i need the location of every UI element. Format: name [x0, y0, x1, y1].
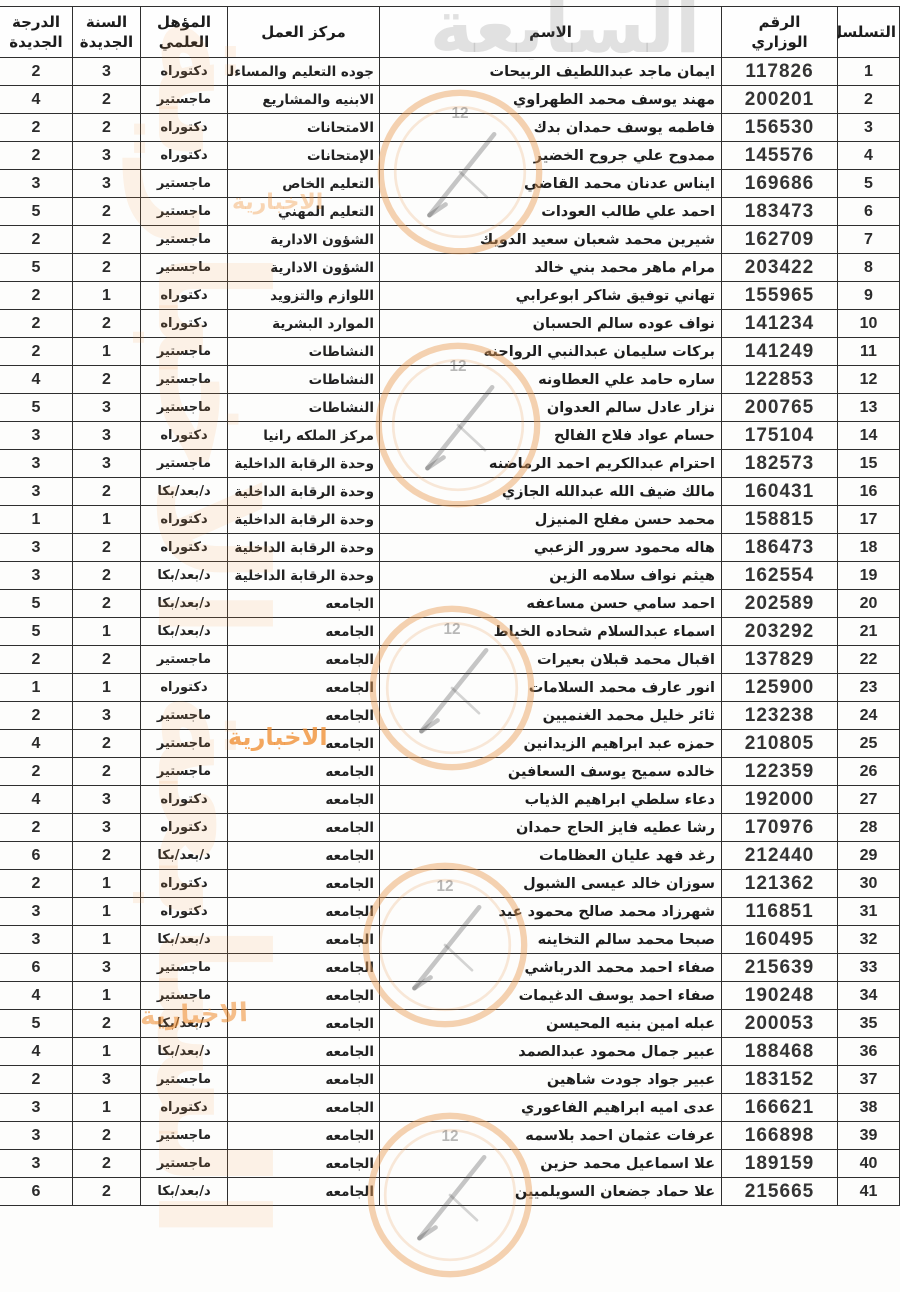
cell-serial: 33 — [838, 954, 900, 982]
table-row: 39166898عرفات عثمان احمد بلاسمهالجامعهما… — [0, 1122, 900, 1150]
cell-new-year: 3 — [73, 58, 141, 86]
cell-qualification: ماجستير — [141, 394, 228, 422]
cell-name: حسام عواد فلاح الفالح — [380, 422, 722, 450]
cell-name: صفاء احمد يوسف الدغيمات — [380, 982, 722, 1010]
cell-ministry-number: 203422 — [722, 254, 838, 282]
cell-new-year: 2 — [73, 1010, 141, 1038]
cell-work-center: الجامعه — [228, 618, 380, 646]
cell-work-center: الجامعه — [228, 870, 380, 898]
cell-new-year: 1 — [73, 1038, 141, 1066]
cell-ministry-number: 170976 — [722, 814, 838, 842]
cell-name: ساره حامد علي العطاونه — [380, 366, 722, 394]
cell-ministry-number: 123238 — [722, 702, 838, 730]
cell-ministry-number: 203292 — [722, 618, 838, 646]
cell-ministry-number: 175104 — [722, 422, 838, 450]
cell-name: احمد سامي حسن مساعفه — [380, 590, 722, 618]
cell-serial: 11 — [838, 338, 900, 366]
cell-new-grade: 3 — [0, 1122, 73, 1150]
cell-qualification: ماجستير — [141, 758, 228, 786]
cell-name: ممدوح علي جروح الخضير — [380, 142, 722, 170]
header-work-center: مركز العمل — [228, 7, 380, 58]
cell-qualification: دكتوراه — [141, 1094, 228, 1122]
cell-ministry-number: 122359 — [722, 758, 838, 786]
cell-qualification: ماجستير — [141, 170, 228, 198]
cell-name: علا اسماعيل محمد حزين — [380, 1150, 722, 1178]
cell-new-year: 2 — [73, 562, 141, 590]
cell-serial: 39 — [838, 1122, 900, 1150]
table-row: 25210805حمزه عبد ابراهيم الزيدانينالجامع… — [0, 730, 900, 758]
cell-ministry-number: 200765 — [722, 394, 838, 422]
cell-serial: 36 — [838, 1038, 900, 1066]
cell-serial: 18 — [838, 534, 900, 562]
cell-qualification: دكتوراه — [141, 534, 228, 562]
cell-work-center: جوده التعليم والمساءله — [228, 58, 380, 86]
table-body: 1117826ايمان ماجد عبداللطيف الربيحاتجوده… — [0, 58, 900, 1206]
cell-qualification: ماجستير — [141, 366, 228, 394]
cell-work-center: وحدة الرقابة الداخلية — [228, 506, 380, 534]
cell-serial: 2 — [838, 86, 900, 114]
cell-new-grade: 2 — [0, 58, 73, 86]
cell-new-year: 1 — [73, 338, 141, 366]
cell-qualification: د/بعد/بكا — [141, 1178, 228, 1206]
cell-serial: 25 — [838, 730, 900, 758]
cell-new-year: 2 — [73, 1122, 141, 1150]
cell-serial: 27 — [838, 786, 900, 814]
table-row: 1117826ايمان ماجد عبداللطيف الربيحاتجوده… — [0, 58, 900, 86]
cell-new-grade: 3 — [0, 478, 73, 506]
cell-ministry-number: 186473 — [722, 534, 838, 562]
cell-work-center: الجامعه — [228, 842, 380, 870]
table-row: 12122853ساره حامد علي العطاونهالنشاطاتما… — [0, 366, 900, 394]
cell-name: سوزان خالد عيسى الشبول — [380, 870, 722, 898]
cell-new-grade: 2 — [0, 814, 73, 842]
cell-work-center: وحدة الرقابة الداخلية — [228, 450, 380, 478]
cell-name: علا حماد جضعان السويلميين — [380, 1178, 722, 1206]
table-row: 31116851شهرزاد محمد صالح محمود عيدالجامع… — [0, 898, 900, 926]
cell-work-center: الجامعه — [228, 702, 380, 730]
cell-ministry-number: 155965 — [722, 282, 838, 310]
cell-qualification: د/بعد/بكا — [141, 1038, 228, 1066]
cell-qualification: دكتوراه — [141, 506, 228, 534]
cell-ministry-number: 183152 — [722, 1066, 838, 1094]
cell-new-grade: 4 — [0, 366, 73, 394]
cell-new-grade: 2 — [0, 1066, 73, 1094]
cell-new-year: 2 — [73, 758, 141, 786]
table-row: 18186473هاله محمود سرور الزعبيوحدة الرقا… — [0, 534, 900, 562]
table-row: 10141234نواف عوده سالم الحسبانالموارد ال… — [0, 310, 900, 338]
cell-new-grade: 3 — [0, 562, 73, 590]
cell-name: اسماء عبدالسلام شحاده الخياط — [380, 618, 722, 646]
table-row: 41215665علا حماد جضعان السويلميينالجامعه… — [0, 1178, 900, 1206]
cell-qualification: ماجستير — [141, 1150, 228, 1178]
table-header: التسلسل الرقم الوزاري الاسم مركز العمل ا… — [0, 7, 900, 58]
cell-ministry-number: 141249 — [722, 338, 838, 366]
cell-qualification: ماجستير — [141, 982, 228, 1010]
cell-ministry-number: 210805 — [722, 730, 838, 758]
header-ministry-number: الرقم الوزاري — [722, 7, 838, 58]
cell-work-center: الجامعه — [228, 898, 380, 926]
cell-work-center: الشؤون الادارية — [228, 226, 380, 254]
cell-qualification: ماجستير — [141, 198, 228, 226]
cell-work-center: الموارد البشرية — [228, 310, 380, 338]
cell-new-year: 3 — [73, 702, 141, 730]
cell-qualification: ماجستير — [141, 450, 228, 478]
cell-new-grade: 5 — [0, 394, 73, 422]
cell-qualification: د/بعد/بكا — [141, 926, 228, 954]
cell-serial: 9 — [838, 282, 900, 310]
cell-name: هاله محمود سرور الزعبي — [380, 534, 722, 562]
cell-qualification: ماجستير — [141, 254, 228, 282]
cell-new-grade: 6 — [0, 954, 73, 982]
cell-work-center: الجامعه — [228, 758, 380, 786]
cell-new-year: 3 — [73, 786, 141, 814]
cell-name: صبحا محمد سالم التخاينه — [380, 926, 722, 954]
cell-new-year: 2 — [73, 730, 141, 758]
cell-qualification: دكتوراه — [141, 282, 228, 310]
cell-ministry-number: 169686 — [722, 170, 838, 198]
cell-serial: 20 — [838, 590, 900, 618]
cell-qualification: ماجستير — [141, 730, 228, 758]
cell-name: حمزه عبد ابراهيم الزيدانين — [380, 730, 722, 758]
table-row: 40189159علا اسماعيل محمد حزينالجامعهماجس… — [0, 1150, 900, 1178]
cell-ministry-number: 125900 — [722, 674, 838, 702]
cell-ministry-number: 158815 — [722, 506, 838, 534]
cell-work-center: الجامعه — [228, 590, 380, 618]
cell-name: عبير جواد جودت شاهين — [380, 1066, 722, 1094]
cell-qualification: د/بعد/بكا — [141, 478, 228, 506]
table-row: 13200765نزار عادل سالم العدوانالنشاطاتما… — [0, 394, 900, 422]
cell-name: شهرزاد محمد صالح محمود عيد — [380, 898, 722, 926]
cell-qualification: ماجستير — [141, 226, 228, 254]
cell-serial: 29 — [838, 842, 900, 870]
cell-serial: 22 — [838, 646, 900, 674]
cell-qualification: ماجستير — [141, 702, 228, 730]
table-row: 4145576ممدوح علي جروح الخضيرالإمتحاناتدك… — [0, 142, 900, 170]
cell-serial: 31 — [838, 898, 900, 926]
cell-work-center: الجامعه — [228, 646, 380, 674]
cell-new-year: 2 — [73, 842, 141, 870]
cell-serial: 23 — [838, 674, 900, 702]
cell-new-year: 2 — [73, 1178, 141, 1206]
cell-serial: 5 — [838, 170, 900, 198]
cell-new-grade: 5 — [0, 1010, 73, 1038]
cell-name: ايناس عدنان محمد القاضي — [380, 170, 722, 198]
cell-ministry-number: 122853 — [722, 366, 838, 394]
cell-name: اقبال محمد قبلان بعيرات — [380, 646, 722, 674]
cell-new-year: 1 — [73, 898, 141, 926]
cell-ministry-number: 200053 — [722, 1010, 838, 1038]
table-row: 30121362سوزان خالد عيسى الشبولالجامعهدكت… — [0, 870, 900, 898]
cell-work-center: الجامعه — [228, 1038, 380, 1066]
cell-qualification: ماجستير — [141, 86, 228, 114]
cell-ministry-number: 145576 — [722, 142, 838, 170]
cell-ministry-number: 117826 — [722, 58, 838, 86]
cell-serial: 1 — [838, 58, 900, 86]
cell-name: عبله امين بنيه المحيسن — [380, 1010, 722, 1038]
table-row: 3156530فاطمه يوسف حمدان بدكالامتحاناتدكت… — [0, 114, 900, 142]
cell-work-center: الجامعه — [228, 1150, 380, 1178]
cell-serial: 15 — [838, 450, 900, 478]
cell-new-year: 1 — [73, 982, 141, 1010]
cell-new-grade: 3 — [0, 898, 73, 926]
cell-work-center: الجامعه — [228, 926, 380, 954]
table-row: 38166621عدى اميه ابراهيم الفاعوريالجامعه… — [0, 1094, 900, 1122]
cell-new-grade: 1 — [0, 674, 73, 702]
cell-name: احترام عبدالكريم احمد الرماضنه — [380, 450, 722, 478]
table-row: 29212440رغد فهد عليان العظاماتالجامعهد/ب… — [0, 842, 900, 870]
cell-name: رغد فهد عليان العظامات — [380, 842, 722, 870]
cell-name: رشا عطيه فايز الحاج حمدان — [380, 814, 722, 842]
cell-ministry-number: 215665 — [722, 1178, 838, 1206]
table-row: 37183152عبير جواد جودت شاهينالجامعهماجست… — [0, 1066, 900, 1094]
cell-qualification: دكتوراه — [141, 814, 228, 842]
cell-work-center: مركز الملكه رانيا — [228, 422, 380, 450]
cell-name: احمد علي طالب العودات — [380, 198, 722, 226]
cell-new-year: 3 — [73, 170, 141, 198]
table-row: 20202589احمد سامي حسن مساعفهالجامعهد/بعد… — [0, 590, 900, 618]
cell-serial: 19 — [838, 562, 900, 590]
cell-ministry-number: 192000 — [722, 786, 838, 814]
staff-table: التسلسل الرقم الوزاري الاسم مركز العمل ا… — [0, 6, 900, 1206]
cell-new-grade: 2 — [0, 870, 73, 898]
cell-work-center: الجامعه — [228, 786, 380, 814]
cell-new-year: 2 — [73, 310, 141, 338]
cell-serial: 34 — [838, 982, 900, 1010]
cell-new-year: 2 — [73, 86, 141, 114]
cell-new-year: 1 — [73, 282, 141, 310]
cell-ministry-number: 190248 — [722, 982, 838, 1010]
cell-name: فاطمه يوسف حمدان بدك — [380, 114, 722, 142]
cell-new-grade: 4 — [0, 982, 73, 1010]
cell-ministry-number: 200201 — [722, 86, 838, 114]
cell-new-year: 2 — [73, 1150, 141, 1178]
cell-name: مالك ضيف الله عبدالله الجازي — [380, 478, 722, 506]
cell-new-year: 3 — [73, 1066, 141, 1094]
cell-qualification: د/بعد/بكا — [141, 842, 228, 870]
cell-new-grade: 6 — [0, 842, 73, 870]
cell-name: تهاني توفيق شاكر ابوعرابي — [380, 282, 722, 310]
header-serial: التسلسل — [838, 7, 900, 58]
cell-new-grade: 3 — [0, 422, 73, 450]
table-row: 5169686ايناس عدنان محمد القاضيالتعليم ال… — [0, 170, 900, 198]
cell-work-center: التعليم الخاص — [228, 170, 380, 198]
cell-serial: 41 — [838, 1178, 900, 1206]
cell-work-center: وحدة الرقابة الداخلية — [228, 478, 380, 506]
table-row: 34190248صفاء احمد يوسف الدغيماتالجامعهما… — [0, 982, 900, 1010]
cell-serial: 40 — [838, 1150, 900, 1178]
table-row: 19162554هيثم نواف سلامه الزينوحدة الرقاب… — [0, 562, 900, 590]
cell-serial: 38 — [838, 1094, 900, 1122]
table-row: 36188468عبير جمال محمود عبدالصمدالجامعهد… — [0, 1038, 900, 1066]
cell-serial: 7 — [838, 226, 900, 254]
cell-name: هيثم نواف سلامه الزين — [380, 562, 722, 590]
cell-new-grade: 5 — [0, 198, 73, 226]
cell-new-year: 2 — [73, 366, 141, 394]
cell-work-center: الجامعه — [228, 674, 380, 702]
table-row: 35200053عبله امين بنيه المحيسنالجامعهد/ب… — [0, 1010, 900, 1038]
cell-qualification: دكتوراه — [141, 898, 228, 926]
cell-name: محمد حسن مفلح المنيزل — [380, 506, 722, 534]
table-row: 2200201مهند يوسف محمد الطهراويالابنيه وا… — [0, 86, 900, 114]
cell-ministry-number: 162554 — [722, 562, 838, 590]
cell-qualification: د/بعد/بكا — [141, 562, 228, 590]
cell-qualification: ماجستير — [141, 1066, 228, 1094]
cell-name: خالده سميح يوسف السعافين — [380, 758, 722, 786]
cell-qualification: ماجستير — [141, 1122, 228, 1150]
cell-ministry-number: 141234 — [722, 310, 838, 338]
cell-ministry-number: 166621 — [722, 1094, 838, 1122]
cell-work-center: الجامعه — [228, 1094, 380, 1122]
cell-work-center: الإمتحانات — [228, 142, 380, 170]
cell-new-grade: 2 — [0, 282, 73, 310]
cell-qualification: ماجستير — [141, 954, 228, 982]
cell-new-grade: 5 — [0, 254, 73, 282]
cell-work-center: الابنيه والمشاريع — [228, 86, 380, 114]
cell-serial: 37 — [838, 1066, 900, 1094]
table-row: 22137829اقبال محمد قبلان بعيراتالجامعهما… — [0, 646, 900, 674]
cell-name: انور عارف محمد السلامات — [380, 674, 722, 702]
cell-work-center: وحدة الرقابة الداخلية — [228, 562, 380, 590]
cell-serial: 3 — [838, 114, 900, 142]
cell-ministry-number: 156530 — [722, 114, 838, 142]
cell-new-grade: 4 — [0, 786, 73, 814]
table-row: 27192000دعاء سلطي ابراهيم الذيابالجامعهد… — [0, 786, 900, 814]
cell-new-year: 1 — [73, 926, 141, 954]
cell-new-grade: 3 — [0, 534, 73, 562]
cell-new-grade: 6 — [0, 1178, 73, 1206]
cell-new-year: 2 — [73, 226, 141, 254]
cell-name: ايمان ماجد عبداللطيف الربيحات — [380, 58, 722, 86]
cell-qualification: دكتوراه — [141, 674, 228, 702]
header-qualification: المؤهل العلمي — [141, 7, 228, 58]
cell-new-year: 1 — [73, 1094, 141, 1122]
cell-new-year: 3 — [73, 814, 141, 842]
cell-new-grade: 2 — [0, 114, 73, 142]
cell-new-grade: 2 — [0, 226, 73, 254]
cell-qualification: د/بعد/بكا — [141, 618, 228, 646]
cell-work-center: الجامعه — [228, 1178, 380, 1206]
table-row: 9155965تهاني توفيق شاكر ابوعرابياللوازم … — [0, 282, 900, 310]
cell-name: صفاء احمد محمد الدرباشي — [380, 954, 722, 982]
cell-qualification: دكتوراه — [141, 786, 228, 814]
cell-ministry-number: 202589 — [722, 590, 838, 618]
table-row: 24123238ثائر خليل محمد الغنميينالجامعهما… — [0, 702, 900, 730]
cell-ministry-number: 182573 — [722, 450, 838, 478]
cell-new-grade: 4 — [0, 1038, 73, 1066]
table-row: 6183473احمد علي طالب العوداتالتعليم المه… — [0, 198, 900, 226]
cell-ministry-number: 116851 — [722, 898, 838, 926]
cell-new-year: 2 — [73, 254, 141, 282]
cell-new-year: 2 — [73, 590, 141, 618]
cell-ministry-number: 189159 — [722, 1150, 838, 1178]
cell-qualification: ماجستير — [141, 646, 228, 674]
header-row: التسلسل الرقم الوزاري الاسم مركز العمل ا… — [0, 7, 900, 58]
cell-new-grade: 3 — [0, 1150, 73, 1178]
cell-new-grade: 2 — [0, 702, 73, 730]
cell-serial: 13 — [838, 394, 900, 422]
cell-serial: 30 — [838, 870, 900, 898]
cell-name: عبير جمال محمود عبدالصمد — [380, 1038, 722, 1066]
cell-qualification: دكتوراه — [141, 114, 228, 142]
cell-ministry-number: 212440 — [722, 842, 838, 870]
cell-new-year: 1 — [73, 506, 141, 534]
cell-new-year: 3 — [73, 954, 141, 982]
cell-new-year: 2 — [73, 198, 141, 226]
cell-serial: 6 — [838, 198, 900, 226]
cell-qualification: دكتوراه — [141, 58, 228, 86]
cell-serial: 17 — [838, 506, 900, 534]
cell-new-year: 3 — [73, 422, 141, 450]
cell-name: شيرين محمد شعبان سعيد الدويك — [380, 226, 722, 254]
table-row: 14175104حسام عواد فلاح الفالحمركز الملكه… — [0, 422, 900, 450]
cell-new-grade: 4 — [0, 86, 73, 114]
cell-new-grade: 2 — [0, 758, 73, 786]
cell-serial: 28 — [838, 814, 900, 842]
cell-new-grade: 3 — [0, 1094, 73, 1122]
cell-new-grade: 2 — [0, 142, 73, 170]
cell-name: عرفات عثمان احمد بلاسمه — [380, 1122, 722, 1150]
cell-work-center: اللوازم والتزويد — [228, 282, 380, 310]
cell-new-year: 2 — [73, 478, 141, 506]
table-row: 15182573احترام عبدالكريم احمد الرماضنهوح… — [0, 450, 900, 478]
table-row: 7162709شيرين محمد شعبان سعيد الدويكالشؤو… — [0, 226, 900, 254]
cell-work-center: النشاطات — [228, 366, 380, 394]
cell-name: عدى اميه ابراهيم الفاعوري — [380, 1094, 722, 1122]
cell-name: مهند يوسف محمد الطهراوي — [380, 86, 722, 114]
table-row: 28170976رشا عطيه فايز الحاج حمدانالجامعه… — [0, 814, 900, 842]
cell-work-center: الجامعه — [228, 982, 380, 1010]
cell-new-year: 3 — [73, 142, 141, 170]
cell-new-year: 3 — [73, 450, 141, 478]
header-new-grade: الدرجة الجديدة — [0, 7, 73, 58]
cell-new-year: 1 — [73, 870, 141, 898]
cell-name: بركات سليمان عبدالنبي الرواحنه — [380, 338, 722, 366]
cell-qualification: دكتوراه — [141, 142, 228, 170]
cell-serial: 12 — [838, 366, 900, 394]
cell-work-center: الجامعه — [228, 814, 380, 842]
header-new-year: السنة الجديدة — [73, 7, 141, 58]
cell-work-center: وحدة الرقابة الداخلية — [228, 534, 380, 562]
cell-serial: 21 — [838, 618, 900, 646]
scanned-document: التسلسل الرقم الوزاري الاسم مركز العمل ا… — [0, 0, 900, 1206]
table-row: 11141249بركات سليمان عبدالنبي الرواحنهال… — [0, 338, 900, 366]
cell-ministry-number: 215639 — [722, 954, 838, 982]
cell-name: نزار عادل سالم العدوان — [380, 394, 722, 422]
cell-work-center: الامتحانات — [228, 114, 380, 142]
table-row: 32160495صبحا محمد سالم التخاينهالجامعهد/… — [0, 926, 900, 954]
cell-work-center: النشاطات — [228, 338, 380, 366]
cell-qualification: ماجستير — [141, 338, 228, 366]
cell-new-year: 1 — [73, 618, 141, 646]
cell-new-year: 3 — [73, 394, 141, 422]
cell-ministry-number: 121362 — [722, 870, 838, 898]
cell-serial: 26 — [838, 758, 900, 786]
cell-work-center: التعليم المهني — [228, 198, 380, 226]
cell-work-center: الجامعه — [228, 730, 380, 758]
cell-new-year: 1 — [73, 674, 141, 702]
table-row: 33215639صفاء احمد محمد الدرباشيالجامعهما… — [0, 954, 900, 982]
cell-ministry-number: 166898 — [722, 1122, 838, 1150]
cell-work-center: النشاطات — [228, 394, 380, 422]
cell-serial: 16 — [838, 478, 900, 506]
cell-ministry-number: 162709 — [722, 226, 838, 254]
table-row: 21203292اسماء عبدالسلام شحاده الخياطالجا… — [0, 618, 900, 646]
table-row: 26122359خالده سميح يوسف السعافينالجامعهم… — [0, 758, 900, 786]
cell-ministry-number: 188468 — [722, 1038, 838, 1066]
cell-new-grade: 3 — [0, 170, 73, 198]
cell-serial: 14 — [838, 422, 900, 450]
cell-name: مرام ماهر محمد بني خالد — [380, 254, 722, 282]
